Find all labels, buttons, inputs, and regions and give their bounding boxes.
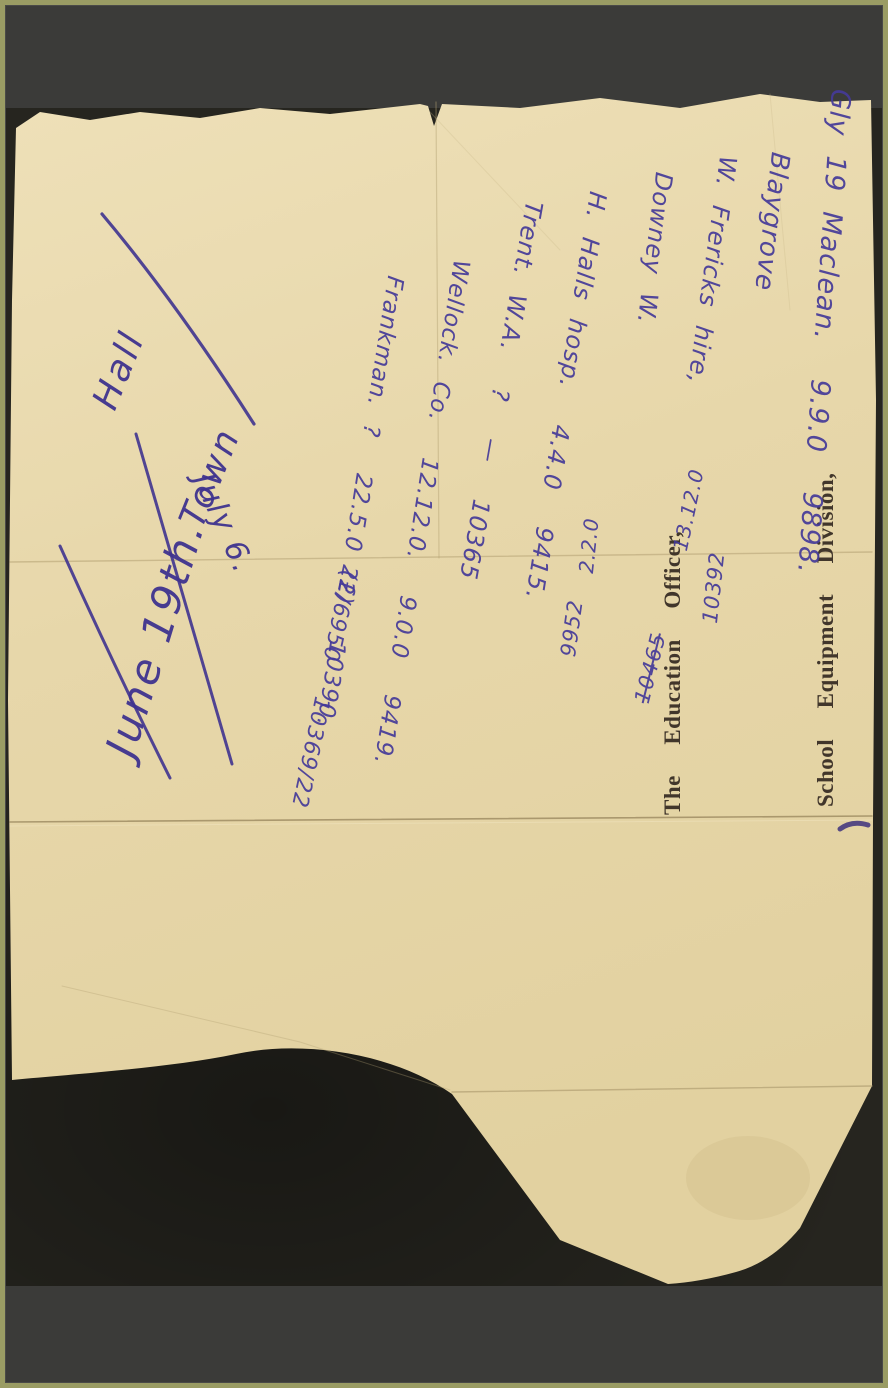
printed-address-block: The Education Officer, School Equipment … bbox=[545, 444, 888, 815]
paper-stain bbox=[686, 1136, 810, 1220]
photo-frame: The Education Officer, School Equipment … bbox=[0, 0, 888, 1388]
